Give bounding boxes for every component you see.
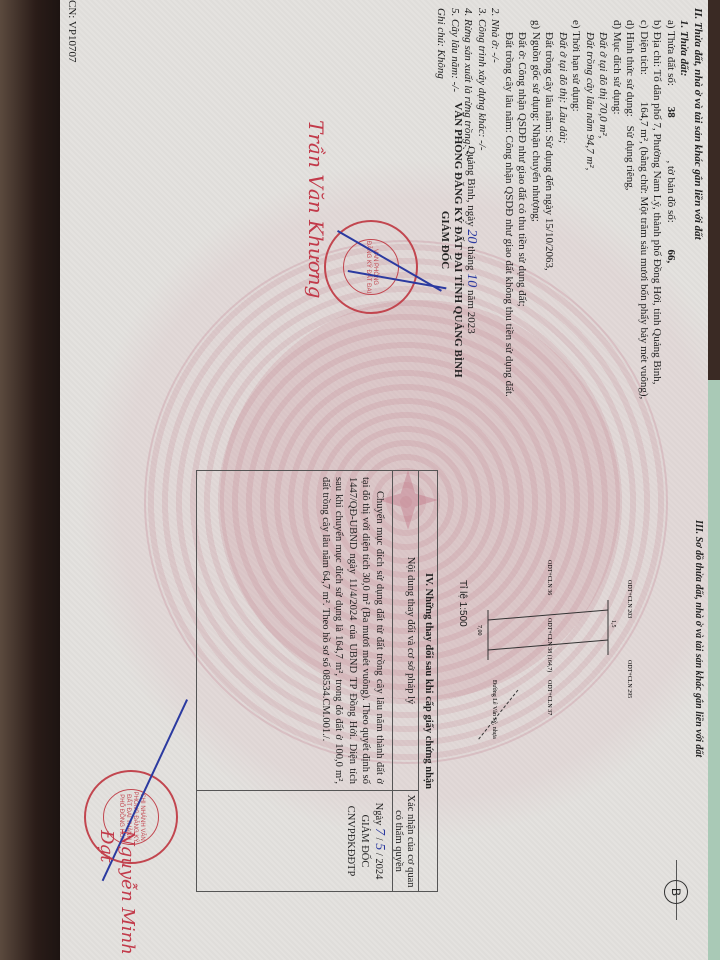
- origin-residential: Đất ở: Công nhận QSDĐ như giao đất có th…: [515, 8, 529, 468]
- confirm-month: 5: [372, 843, 387, 850]
- confirm-date-prefix: Ngày: [373, 803, 384, 826]
- area-row: c) Diện tích: 164,7 m², (bằng chữ: Một t…: [637, 8, 651, 468]
- background-table-edge: [0, 0, 60, 960]
- certificate-rotated-content: II. Thửa đất, nhà ở và tài sản khác gắn …: [60, 0, 708, 960]
- changes-table: IV. Những thay đổi sau khi cấp giấy chứn…: [196, 470, 438, 892]
- year-label: năm 2023: [465, 290, 477, 334]
- change-content: Chuyển mục đích sử dụng đất từ đất trồng…: [313, 471, 393, 790]
- map-edge-top: 1,5: [610, 620, 616, 628]
- parcel-map: ODT+CLN 203 ODT+CLN 295 ODT+CLN 38 (164,…: [468, 540, 668, 770]
- parcel-number: 38: [665, 107, 677, 118]
- section3-title: III. Sơ đồ thửa đất, nhà ở và tài sản kh…: [693, 520, 704, 757]
- official-stamp: VĂN PHÒNG ĐĂNG KÝ ĐẤT ĐAI: [324, 220, 418, 314]
- area-value: 164,7 m², (bằng chữ: Một trăm sáu mươi b…: [638, 102, 650, 400]
- purpose-residential: Đất ở tại đô thị 70,0 m²,: [596, 8, 610, 468]
- term-label: e) Thời hạn sử dụng:: [569, 8, 583, 468]
- section2-title: II. Thửa đất, nhà ở và tài sản khác gắn …: [691, 8, 705, 468]
- usage-form-row: d) Hình thức sử dụng: Sử dụng riêng,: [623, 8, 637, 468]
- purpose-perennial: Đất trồng cây lâu năm 94,7 m²,: [583, 8, 597, 468]
- stamp-text: VĂN PHÒNG ĐĂNG KÝ ĐẤT ĐAI: [343, 239, 399, 295]
- address: b) Địa chỉ: Tổ dân phố 7, Phường Nam Lý,…: [650, 8, 664, 468]
- confirm-year: 2024: [373, 858, 384, 879]
- place-date-prefix: Quảng Bình, ngày: [465, 146, 477, 226]
- parcel-subtitle: 1. Thửa đất:: [677, 8, 691, 468]
- month-label: tháng: [465, 246, 477, 270]
- term-perennial: Đất trồng cây lâu năm: Sử dụng đến ngày …: [542, 8, 556, 468]
- confirmation-header: Xác nhận của cơ quan có thẩm quyền: [392, 791, 418, 891]
- map-label-road: Đường Lê Văn Sỹ, nhựa: [491, 680, 498, 739]
- signer-name: Trần Văn Khương: [304, 120, 328, 298]
- map-label-left: ODT+CLN 36: [546, 560, 552, 595]
- area-label: c) Diện tích:: [638, 20, 650, 75]
- certificate-serial: CN: VP10707: [66, 0, 78, 62]
- map-label-north: ODT+CLN 203: [626, 580, 632, 618]
- map-scale: Tỉ lệ 1:500: [457, 580, 468, 627]
- sign-month: 10: [464, 273, 479, 287]
- map-label-main: ODT+CLN 38 (164,7): [546, 618, 553, 672]
- map-edge-bottom: 7,00: [476, 625, 482, 636]
- house-item: 2. Nhà ở: -/-: [488, 8, 502, 468]
- purpose-label: đ) Mục đích sử dụng:: [610, 8, 624, 468]
- north-compass-icon: B: [664, 880, 688, 904]
- parcel-number-label: a) Thửa đất số:: [665, 20, 677, 86]
- usage-form-label: d) Hình thức sử dụng:: [625, 20, 637, 117]
- certificate-page: II. Thửa đất, nhà ở và tài sản khác gắn …: [60, 0, 708, 960]
- confirmation-cell: Ngày 7 / 5 / 2024 GIÁM ĐỐC CNVPĐKĐĐTP: [337, 791, 392, 891]
- usage-form-value: Sử dụng riêng,: [625, 126, 637, 191]
- change-content-header: Nội dung thay đổi và cơ sở pháp lý: [392, 471, 418, 790]
- term-residential: Đất ở tại đô thị: Lâu dài;: [556, 8, 570, 468]
- map-label-right: ODT+CLN 37: [546, 680, 552, 715]
- confirm-signer-name: Nguyễn Minh Đạt: [96, 830, 138, 960]
- signer-position: GIÁM ĐỐC: [438, 60, 451, 420]
- map-sheet-label: , tờ bản đồ số:: [665, 160, 677, 222]
- origin-perennial: Đất trồng cây lâu năm: Công nhận QSDĐ nh…: [502, 8, 516, 468]
- confirm-position: GIÁM ĐỐC CNVPĐKĐĐTP: [343, 795, 371, 887]
- parcel-number-row: a) Thửa đất số: 38 , tờ bản đồ số: 66,: [664, 8, 678, 468]
- signature-block: Quảng Bình, ngày 20 tháng 10 năm 2023 VĂ…: [438, 60, 478, 420]
- background-tablecloth-right: [708, 380, 720, 960]
- map-sheet-number: 66,: [665, 250, 677, 264]
- sign-day: 20: [464, 229, 479, 243]
- issuing-organization: VĂN PHÒNG ĐĂNG KÝ ĐẤT ĐAI TỈNH QUẢNG BÌN…: [451, 60, 464, 420]
- confirm-day: 7: [372, 828, 387, 835]
- section4-title: IV. Những thay đổi sau khi cấp giấy chứn…: [418, 471, 437, 891]
- origin-label: g) Nguồn gốc sử dụng: Nhận chuyển nhượng…: [529, 8, 543, 468]
- place-date: Quảng Bình, ngày 20 tháng 10 năm 2023: [464, 60, 478, 420]
- map-label-ne: ODT+CLN 295: [626, 660, 632, 698]
